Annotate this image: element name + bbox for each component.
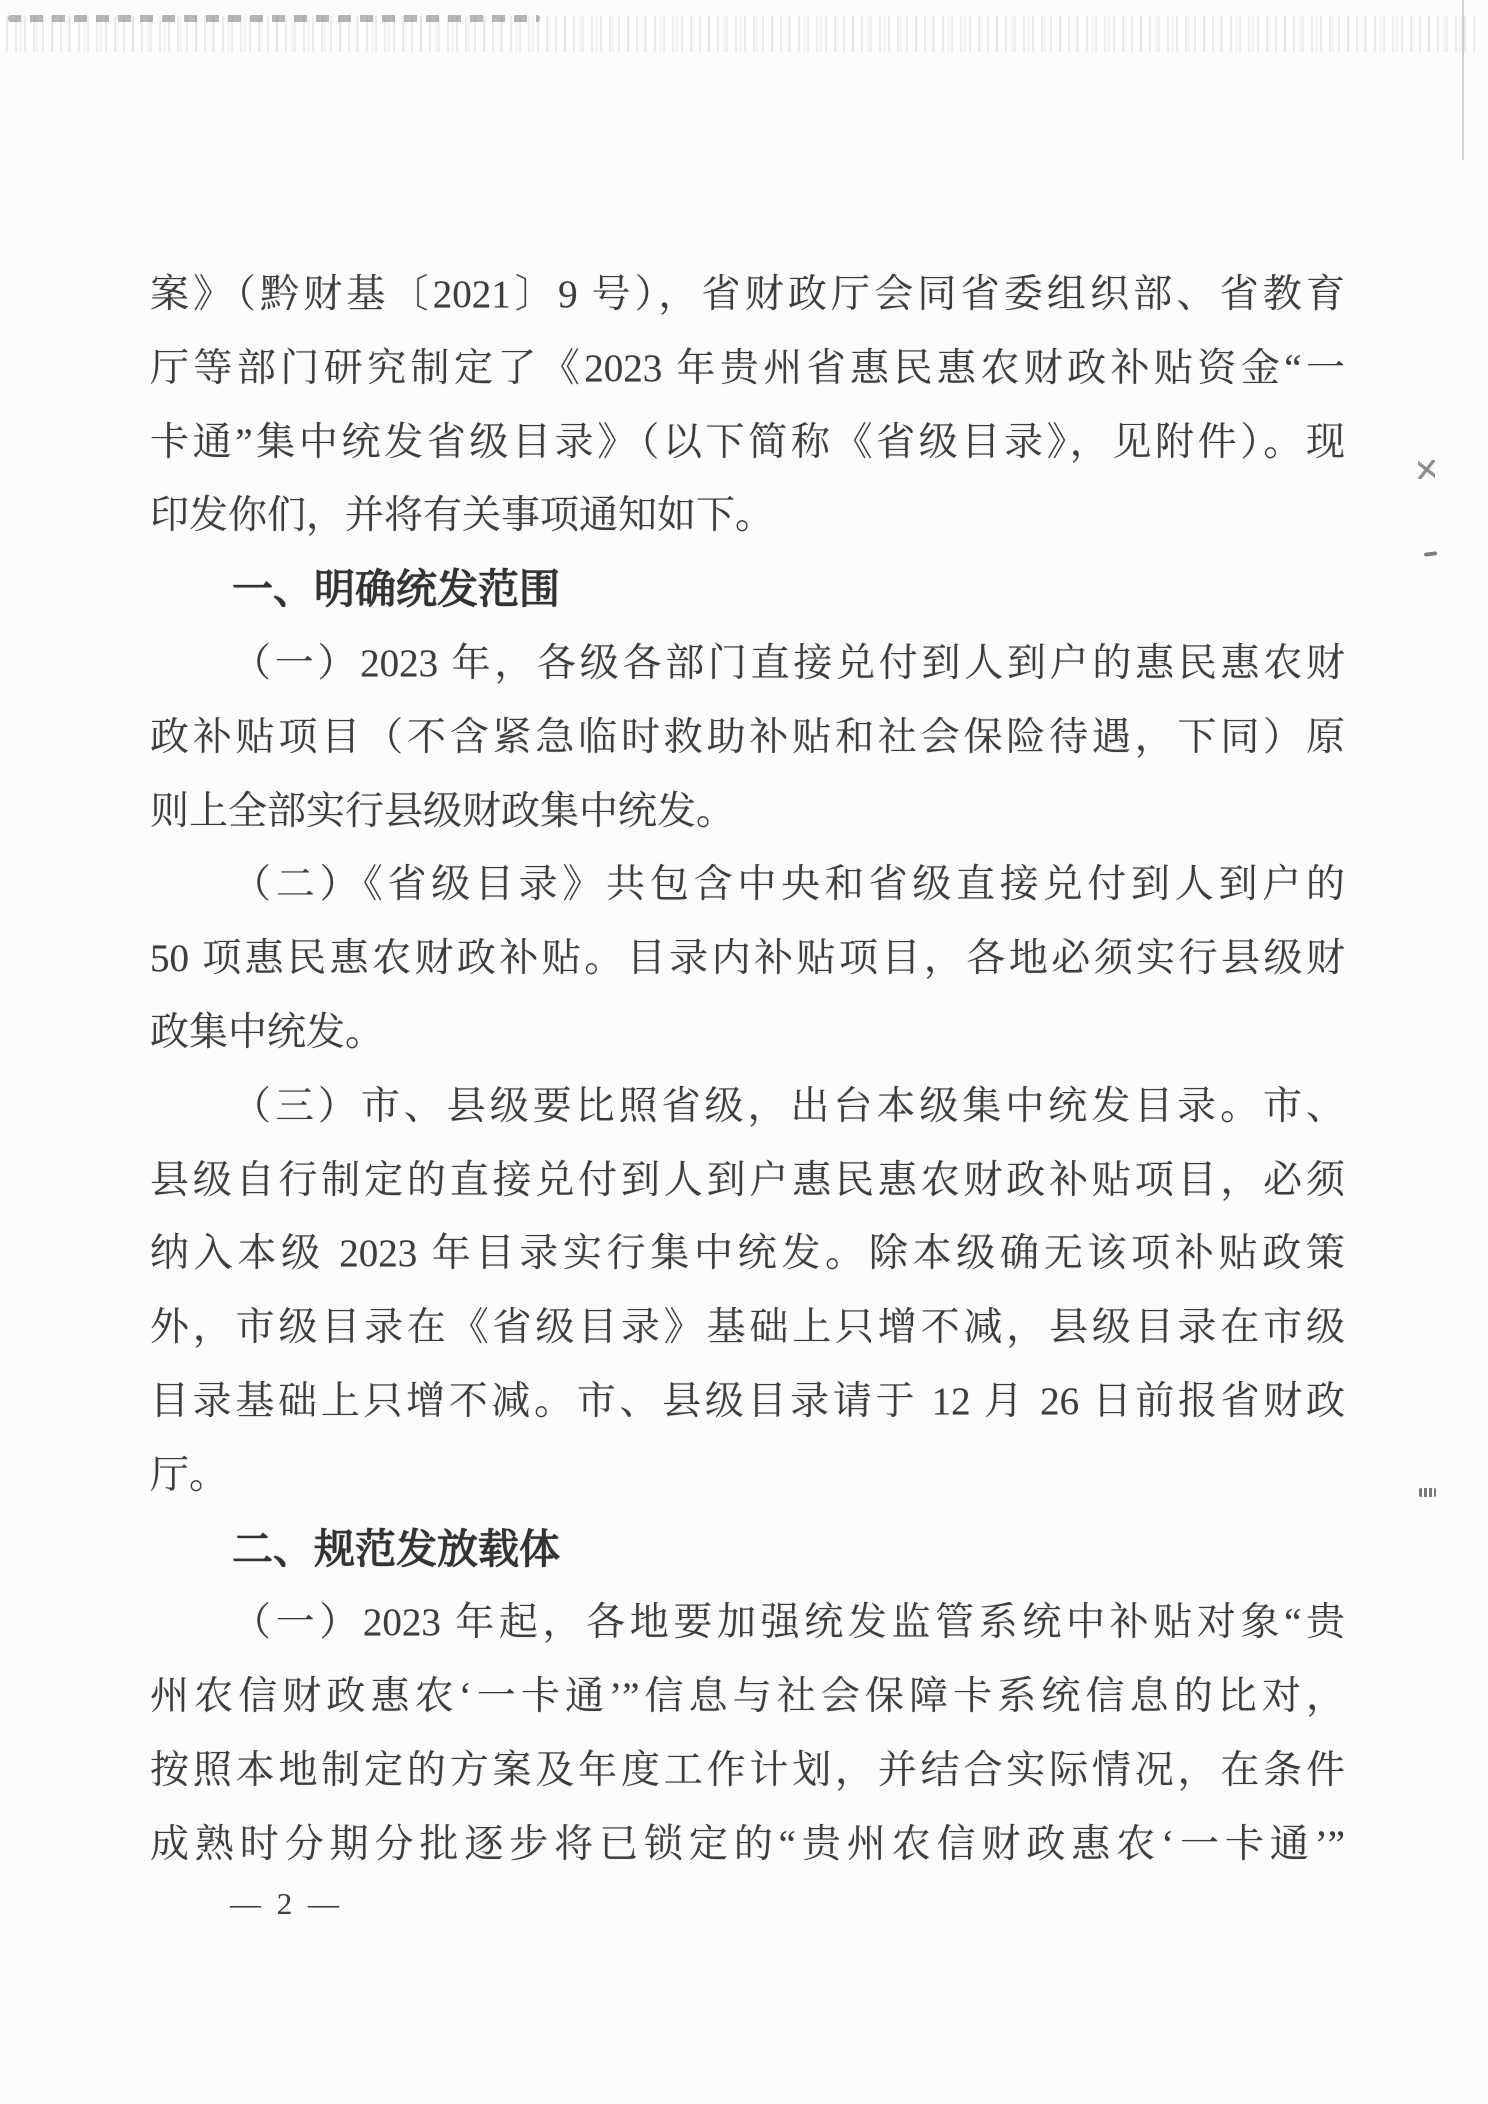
page-number: — 2 — <box>230 1886 343 1922</box>
body-line: （三）市、县级要比照省级，出台本级集中统发目录。市、 <box>150 1070 1345 1144</box>
body-line: 卡通”集中统发省级目录》（以下简称《省级目录》，见附件）。现 <box>150 406 1345 480</box>
body-line: 政集中统发。 <box>150 996 1345 1070</box>
scan-artifact <box>1418 460 1435 479</box>
body-line: 纳入本级 2023 年目录实行集中统发。除本级确无该项补贴政策 <box>150 1217 1345 1291</box>
section-heading-1: 一、明确统发范围 <box>150 553 1345 627</box>
body-line: 厅等部门研究制定了《2023 年贵州省惠民惠农财政补贴资金“一 <box>150 332 1345 406</box>
body-line: 则上全部实行县级财政集中统发。 <box>150 775 1345 849</box>
scan-edge-line <box>1462 0 1464 160</box>
scan-artifact <box>1424 551 1437 557</box>
body-line: 外，市级目录在《省级目录》基础上只增不减，县级目录在市级 <box>150 1291 1345 1365</box>
document-body: 案》（黔财基〔2021〕9 号），省财政厅会同省委组织部、省教育 厅等部门研究制… <box>150 258 1345 1882</box>
body-line: （一）2023 年，各级各部门直接兑付到人到户的惠民惠农财 <box>150 627 1345 701</box>
scan-noise-line <box>8 15 540 22</box>
body-line: 50 项惠民惠农财政补贴。目录内补贴项目，各地必须实行县级财 <box>150 922 1345 996</box>
body-line: 印发你们，并将有关事项通知如下。 <box>150 479 1345 553</box>
scanned-document-page: 案》（黔财基〔2021〕9 号），省财政厅会同省委组织部、省教育 厅等部门研究制… <box>0 0 1488 2104</box>
body-line: 县级自行制定的直接兑付到人到户惠民惠农财政补贴项目，必须 <box>150 1144 1345 1218</box>
body-line: （一）2023 年起，各地要加强统发监管系统中补贴对象“贵 <box>150 1586 1345 1660</box>
scan-artifact <box>1419 1488 1436 1497</box>
body-line: （二）《省级目录》共包含中央和省级直接兑付到人到户的 <box>150 848 1345 922</box>
body-line: 目录基础上只增不减。市、县级目录请于 12 月 26 日前报省财政 <box>150 1365 1345 1439</box>
body-line: 政补贴项目（不含紧急临时救助补贴和社会保险待遇，下同）原 <box>150 701 1345 775</box>
body-line: 按照本地制定的方案及年度工作计划，并结合实际情况，在条件 <box>150 1734 1345 1808</box>
body-line: 成熟时分期分批逐步将已锁定的“贵州农信财政惠农‘一卡通’” <box>150 1808 1345 1882</box>
body-line: 厅。 <box>150 1439 1345 1513</box>
section-heading-2: 二、规范发放载体 <box>150 1513 1345 1587</box>
body-line: 州农信财政惠农‘一卡通’”信息与社会保障卡系统信息的比对， <box>150 1660 1345 1734</box>
body-line: 案》（黔财基〔2021〕9 号），省财政厅会同省委组织部、省教育 <box>150 258 1345 332</box>
